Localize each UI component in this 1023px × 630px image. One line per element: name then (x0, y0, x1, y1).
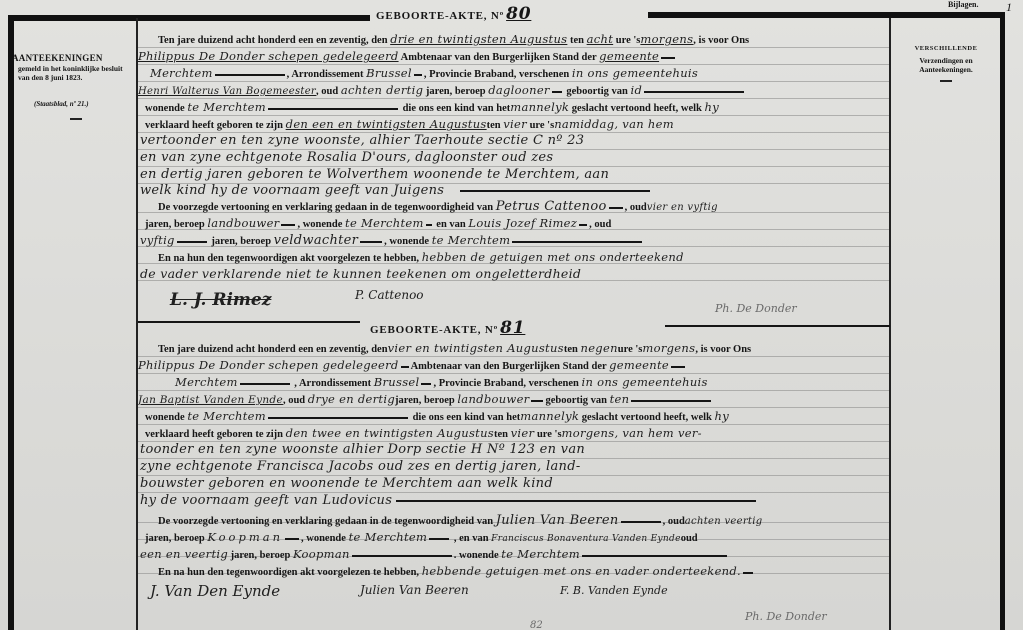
margin-right-subtext: Verzendingen en Aanteekeningen. (892, 56, 1000, 74)
act-line-4: Henri Walterus Van Bogemeester, oud acht… (138, 84, 746, 98)
signature: L. J. Rimez (170, 290, 271, 310)
act-hand-line-7: vertoonder en ten zyne woonste, alhier T… (140, 134, 584, 147)
act-line-6: verklaard heeft geboren te zijn den een … (145, 118, 674, 132)
act-line-4: Jan Baptist Vanden Eynde, oud drye en de… (138, 393, 713, 407)
margin-left-heading: AANTEEKENINGEN (12, 53, 136, 63)
signature: P. Cattenoo (355, 288, 424, 302)
signature: Ph. De Donder (715, 302, 797, 315)
margin-left-subtext: gemeld in het koninklijke besluit van de… (18, 64, 134, 82)
right-column-divider (889, 18, 891, 630)
signature: J. Van Den Eynde (150, 582, 280, 600)
witness-line-3: een en veertig jaren, beroep Koopman. wo… (140, 548, 729, 562)
act-hand-line-8: zyne echtgenote Francisca Jacobs oud zes… (140, 460, 581, 473)
act-line-5: wonende te Merchtem die ons een kind van… (145, 410, 729, 424)
act-line-2: Philippus De Donder schepen gedelegeerdA… (138, 359, 687, 373)
act-number: 81 (500, 318, 525, 338)
witness-line-2: jaren, beroep landbouwer, wonende te Mer… (145, 217, 611, 231)
closing-line-1: En na hun den tegenwoordigen akt voorgel… (158, 565, 755, 579)
signature: Julien Van Beeren (360, 583, 469, 597)
act-hand-line-10: welk kind hy de voornaam geeft van Juige… (140, 184, 652, 197)
corner-label: Bijlagen. (948, 0, 978, 9)
act-number: 80 (506, 4, 531, 24)
margin-dash (940, 80, 952, 82)
act-hand-line-7: toonder en ten zyne woonste alhier Dorp … (140, 443, 585, 456)
act-hand-line-9: bouwster geboren en woonende te Merchtem… (140, 477, 553, 490)
act-hand-line-8: en van zyne echtgenote Rosalia D'ours, d… (140, 151, 553, 164)
act-line-1: Ten jare duizend acht honderd een en zev… (158, 33, 749, 47)
act-line-6: verklaard heeft geboren te zijn den twee… (145, 427, 702, 441)
witness-line-3: vyftig jaren, beroep veldwachter, wonend… (140, 234, 644, 248)
closing-line-2: de vader verklarende niet te kunnen teek… (140, 267, 581, 280)
margin-dash (70, 118, 82, 120)
corner-number: 1 (1006, 0, 1012, 15)
margin-left-reference: (Staatsblad, nº 21.) (34, 100, 89, 108)
act-line-2: Philippus De Donder schepen gedelegeerd … (138, 50, 677, 64)
next-act-number-partial: 82 (530, 620, 543, 630)
left-border (8, 15, 14, 630)
right-border (1000, 12, 1005, 630)
top-border-right (648, 12, 1005, 18)
act-hand-line-9: en dertig jaren geboren te Wolverthem wo… (140, 168, 609, 181)
top-border-left (8, 15, 370, 21)
signature: F. B. Vanden Eynde (560, 584, 668, 597)
act-line-3: Merchtem , Arrondissement Brussel, Provi… (175, 376, 708, 390)
witness-line-1: De voorzegde vertooning en verklaring ge… (158, 514, 762, 528)
act-line-3: Merchtem, Arrondissement Brussel, Provin… (150, 67, 698, 81)
closing-line-1: En na hun den tegenwoordigen akt voorgel… (158, 251, 684, 265)
act-title: GEBOORTE-AKTE, Nº81 (370, 318, 525, 338)
act-title: GEBOORTE-AKTE, Nº80 (376, 4, 531, 24)
witness-line-1: De voorzegde vertooning en verklaring ge… (158, 200, 718, 214)
signature: Ph. De Donder (745, 610, 827, 623)
act-line-5: wonende te Merchtem die ons een kind van… (145, 101, 719, 115)
act-line-1: Ten jare duizend acht honderd een en zev… (158, 342, 751, 356)
act-hand-line-10: hy de voornaam geeft van Ludovicus (140, 494, 758, 507)
register-page: Bijlagen. 1 AANTEEKENINGEN gemeld in het… (0, 0, 1023, 630)
witness-line-2: jaren, beroep Koopman, wonende te Mercht… (145, 531, 698, 546)
margin-right-heading: VERSCHILLENDE (892, 45, 1000, 52)
